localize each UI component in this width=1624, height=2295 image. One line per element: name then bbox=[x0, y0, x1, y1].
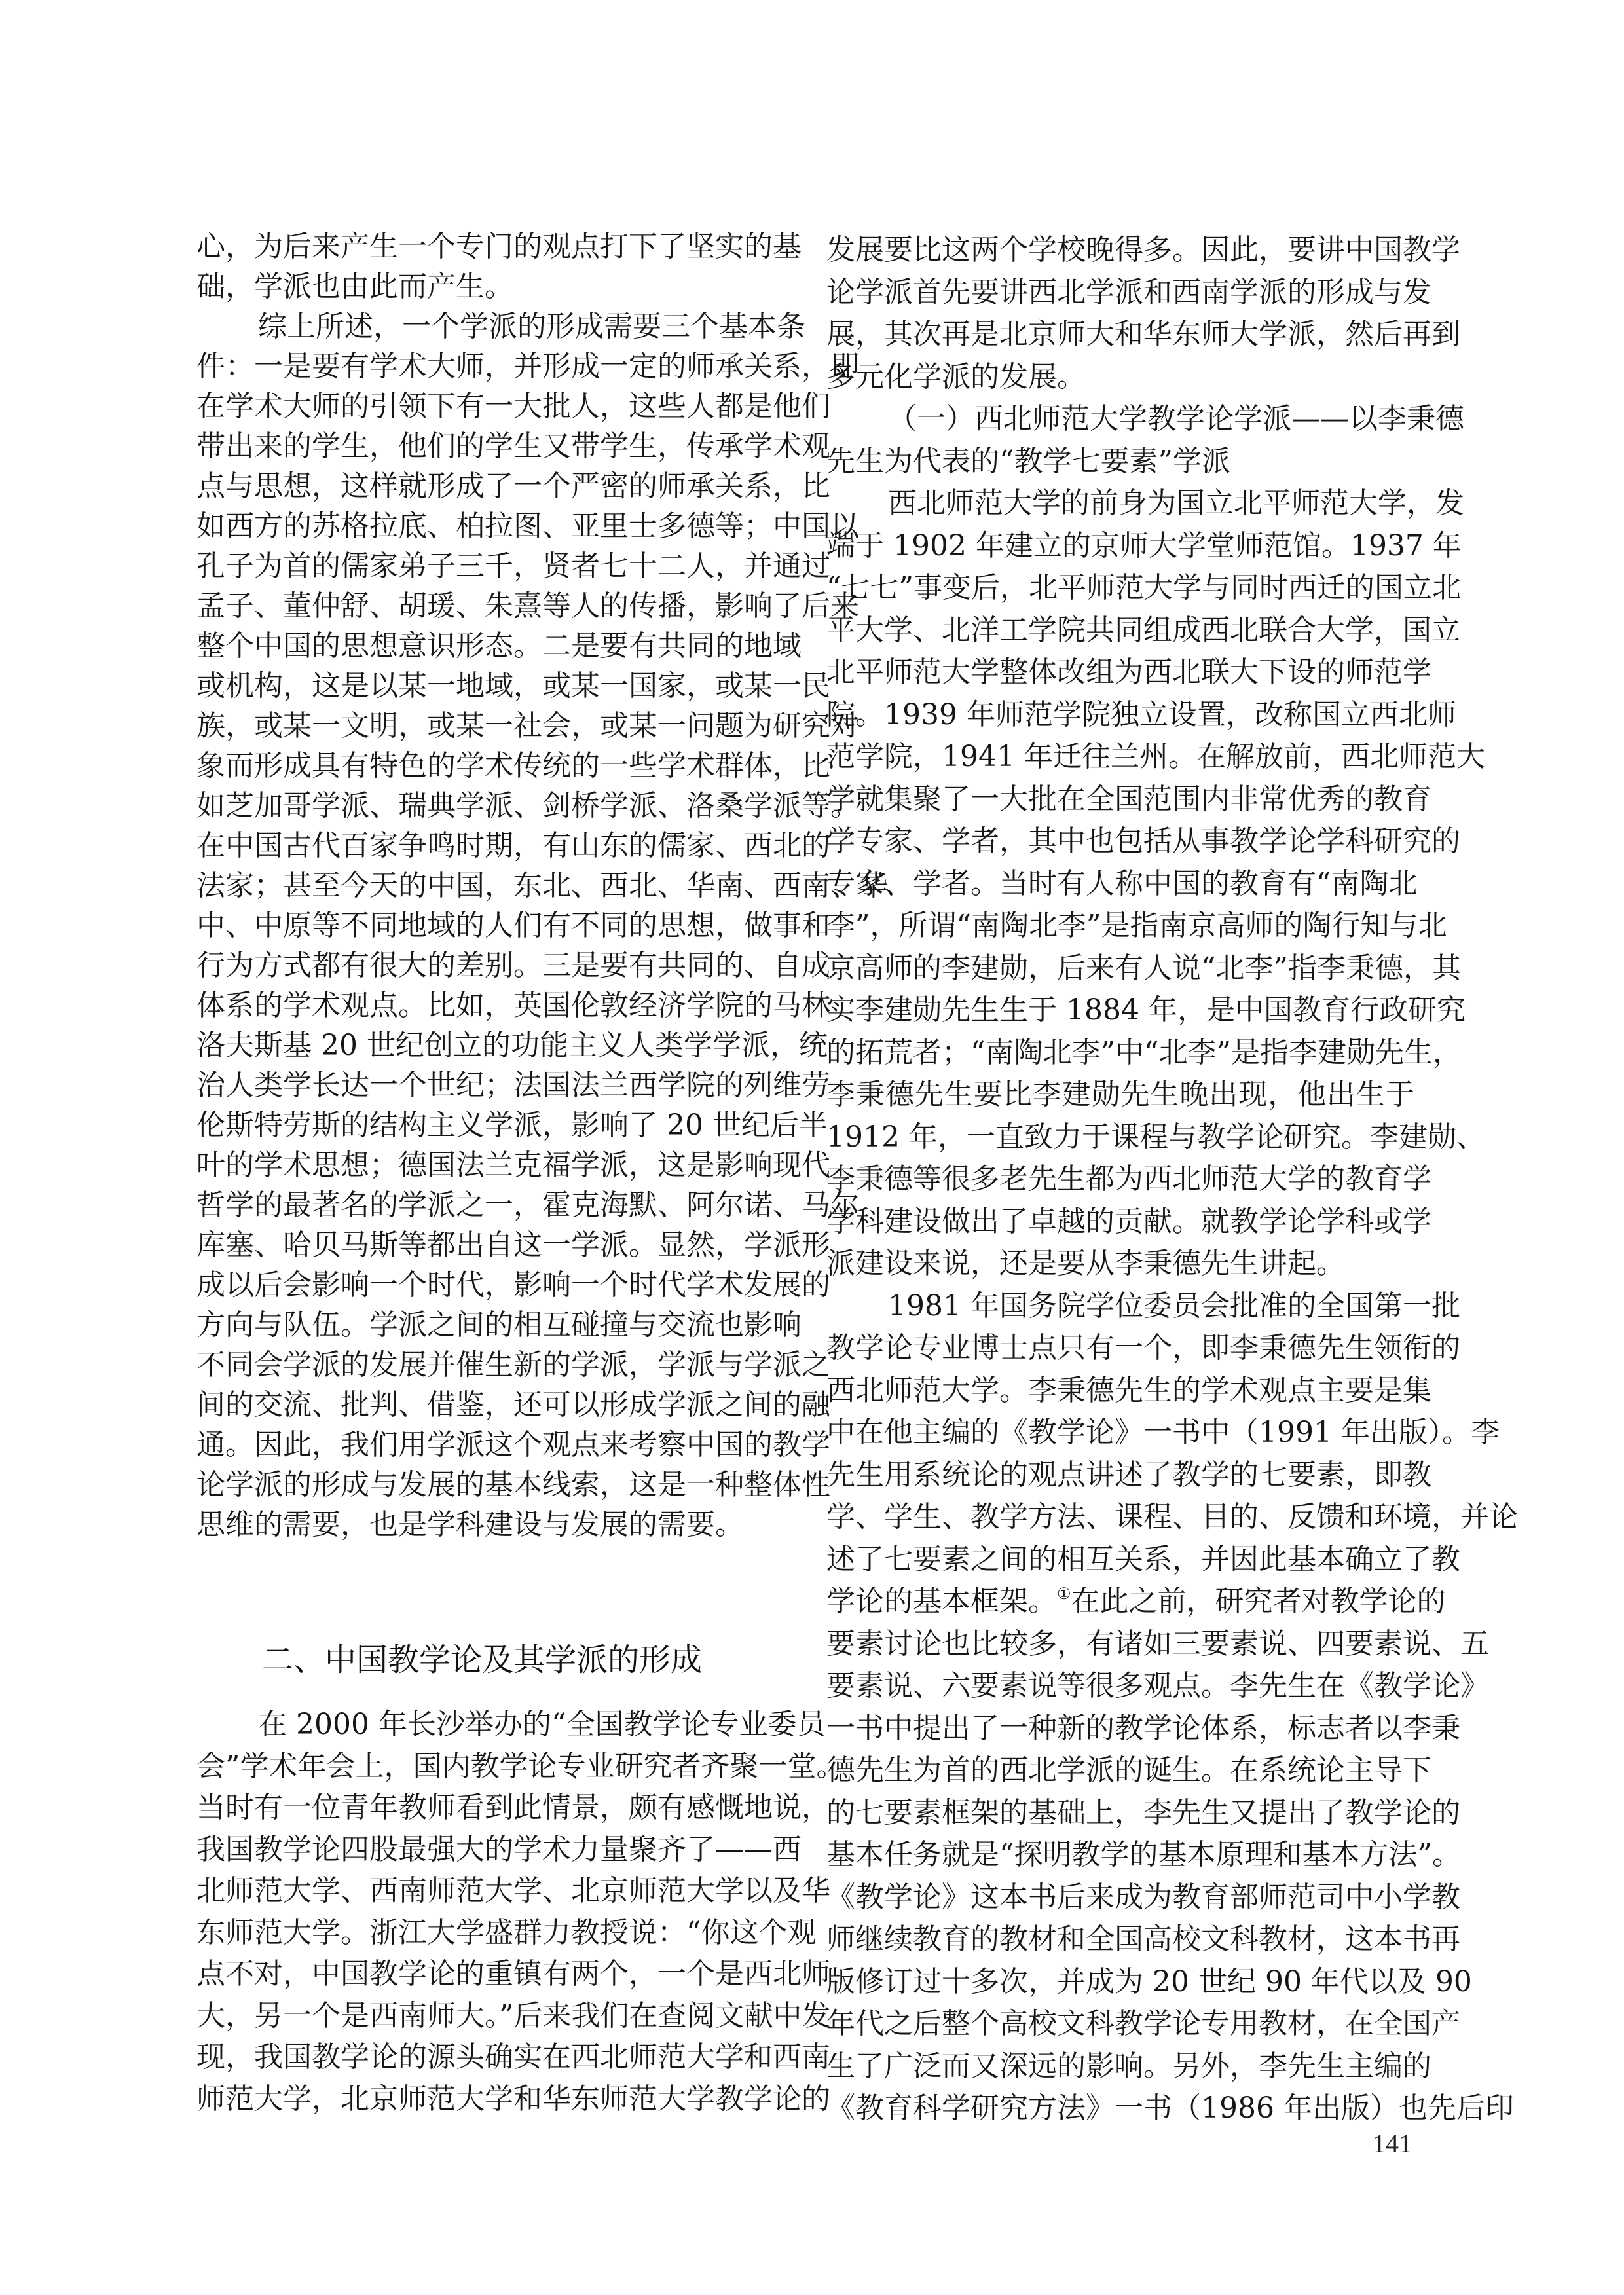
text-line: 件：一是要有学术大师，并形成一定的师承关系，即 bbox=[196, 352, 783, 381]
text-line: 北平师范大学整体改组为西北联大下设的师范学 bbox=[826, 658, 1414, 687]
right-column: 发展要比这两个学校晚得多。因此，要讲中国教学论学派首先要讲西北学派和西南学派的形… bbox=[826, 236, 1414, 2137]
text-line: 东师范大学。浙江大学盛群力教授说：“你这个观 bbox=[196, 1919, 783, 1947]
text-line: 洛夫斯基 20 世纪创立的功能主义人类学学派，统 bbox=[196, 1031, 783, 1060]
text-line: 学专家、学者，其中也包括从事教学论学科研究的 bbox=[826, 827, 1414, 856]
text-line: 基本任务就是“探明教学的基本原理和基本方法”。 bbox=[826, 1841, 1414, 1869]
text-line: 李秉德等很多老先生都为西北师范大学的教育学 bbox=[826, 1165, 1414, 1194]
text-line: 论学派首先要讲西北学派和西南学派的形成与发 bbox=[826, 278, 1414, 307]
text-line: 要素讨论也比较多，有诸如三要素说、四要素说、五 bbox=[826, 1630, 1414, 1659]
text-line: 如西方的苏格拉底、柏拉图、亚里士多德等；中国以 bbox=[196, 512, 783, 541]
text-line: 北师范大学、西南师范大学、北京师范大学以及华 bbox=[196, 1877, 783, 1905]
text-line: 版修订过十多次，并成为 20 世纪 90 年代以及 90 bbox=[826, 1968, 1414, 1996]
right-paragraph-1: 发展要比这两个学校晚得多。因此，要讲中国教学论学派首先要讲西北学派和西南学派的形… bbox=[826, 236, 1414, 392]
text-fragment: 在此之前，研究者对教学论的 bbox=[1071, 1585, 1446, 1618]
text-line: 行为方式都有很大的差别。三是要有共同的、自成 bbox=[196, 951, 783, 980]
text-line: 会”学术年会上，国内教学论专业研究者齐聚一堂。 bbox=[196, 1752, 783, 1781]
text-line: 学就集聚了一大批在全国范围内非常优秀的教育 bbox=[826, 785, 1414, 814]
text-line: 间的交流、批判、借鉴，还可以形成学派之间的融 bbox=[196, 1391, 783, 1420]
text-line: 中、中原等不同地域的人们有不同的思想，做事和 bbox=[196, 911, 783, 940]
text-line: 思维的需要，也是学科建设与发展的需要。 bbox=[196, 1511, 783, 1539]
text-line: 展，其次再是北京师大和华东师大学派，然后再到 bbox=[826, 320, 1414, 349]
section-heading: 二、中国教学论及其学派的形成 bbox=[262, 1643, 702, 1676]
left-column: 心，为后来产生一个专门的观点打下了坚实的基 础，学派也由此而产生。 综上所述，一… bbox=[196, 232, 783, 1551]
text-line: 带出来的学生，他们的学生又带学生，传承学术观 bbox=[196, 432, 783, 461]
text-line: 伦斯特劳斯的结构主义学派，影响了 20 世纪后半 bbox=[196, 1111, 783, 1140]
text-line: 我国教学论四股最强大的学术力量聚齐了——西 bbox=[196, 1835, 783, 1864]
text-line: 或机构，这是以某一地域，或某一国家，或某一民 bbox=[196, 672, 783, 701]
text-line: 学、学生、教学方法、课程、目的、反馈和环境，并论 bbox=[826, 1503, 1414, 1532]
text-line: 点不对，中国教学论的重镇有两个，一个是西北师 bbox=[196, 1960, 783, 1989]
right-paragraph-2: 西北师范大学的前身为国立北平师范大学，发端于 1902 年建立的京师大学堂师范馆… bbox=[826, 489, 1414, 1278]
text-line: 在 2000 年长沙举办的“全国教学论专业委员 bbox=[196, 1710, 783, 1739]
text-line: 础，学派也由此而产生。 bbox=[196, 272, 783, 301]
text-line: 年代之后整个高校文科教学论专用教材，在全国产 bbox=[826, 2010, 1414, 2038]
text-line: 专家、学者。当时有人称中国的教育有“南陶北 bbox=[826, 870, 1414, 898]
text-line: 《教育科学研究方法》一书（1986 年出版）也先后印 bbox=[826, 2094, 1414, 2123]
text-line: 《教学论》这本书后来成为教育部师范司中小学教 bbox=[826, 1883, 1414, 1912]
text-line: 端于 1902 年建立的京师大学堂师范馆。1937 年 bbox=[826, 532, 1414, 560]
text-line: 1981 年国务院学位委员会批准的全国第一批 bbox=[826, 1292, 1414, 1321]
text-line: 先生用系统论的观点讲述了教学的七要素，即教 bbox=[826, 1461, 1414, 1490]
text-line: 孔子为首的儒家弟子三千，贤者七十二人，并通过 bbox=[196, 552, 783, 581]
subsection-heading: （一）西北师范大学教学论学派——以李秉德先生为代表的“教学七要素”学派 bbox=[826, 405, 1414, 476]
text-line: 学科建设做出了卓越的贡献。就教学论学科或学 bbox=[826, 1207, 1414, 1236]
text-line: 成以后会影响一个时代，影响一个时代学术发展的 bbox=[196, 1271, 783, 1300]
text-line: 叶的学术思想；德国法兰克福学派，这是影响现代 bbox=[196, 1151, 783, 1180]
text-line: 哲学的最著名的学派之一，霍克海默、阿尔诺、马尔 bbox=[196, 1191, 783, 1220]
text-line: 教学论专业博士点只有一个，即李秉德先生领衔的 bbox=[826, 1334, 1414, 1363]
left-paragraph-1: 心，为后来产生一个专门的观点打下了坚实的基 础，学派也由此而产生。 bbox=[196, 232, 783, 301]
text-line: 治人类学长达一个世纪；法国法兰西学院的列维劳 bbox=[196, 1071, 783, 1100]
left-paragraph-3: 在 2000 年长沙举办的“全国教学论专业委员会”学术年会上，国内教学论专业研究… bbox=[196, 1710, 783, 2114]
text-line: 学论的基本框架。①在此之前，研究者对教学论的 bbox=[826, 1587, 1414, 1616]
text-line: 师范大学，北京师范大学和华东师范大学教学论的 bbox=[196, 2085, 783, 2114]
text-line: 孟子、董仲舒、胡瑗、朱熹等人的传播，影响了后来 bbox=[196, 592, 783, 621]
text-line: 中在他主编的《教学论》一书中（1991 年出版）。李 bbox=[826, 1418, 1414, 1447]
text-line: 现，我国教学论的源头确实在西北师范大学和西南 bbox=[196, 2043, 783, 2072]
text-line: 李”，所谓“南陶北李”是指南京高师的陶行知与北 bbox=[826, 911, 1414, 940]
text-line: “七七”事变后，北平师范大学与同时西迁的国立北 bbox=[826, 574, 1414, 602]
text-line: 如芝加哥学派、瑞典学派、剑桥学派、洛桑学派等。 bbox=[196, 792, 783, 820]
text-line: 心，为后来产生一个专门的观点打下了坚实的基 bbox=[196, 232, 783, 261]
page-number: 141 bbox=[1373, 2128, 1412, 2159]
right-paragraph-3: 1981 年国务院学位委员会批准的全国第一批教学论专业博士点只有一个，即李秉德先… bbox=[826, 1292, 1414, 2123]
text-line: 大，另一个是西南师大。”后来我们在查阅文献中发 bbox=[196, 2002, 783, 2030]
text-line: 方向与队伍。学派之间的相互碰撞与交流也影响 bbox=[196, 1311, 783, 1340]
text-line: 先生为代表的“教学七要素”学派 bbox=[826, 447, 1414, 476]
text-line: 的拓荒者；“南陶北李”中“北李”是指李建勋先生， bbox=[826, 1038, 1414, 1067]
text-line: 范学院，1941 年迁往兰州。在解放前，西北师范大 bbox=[826, 743, 1414, 771]
text-line: 库塞、哈贝马斯等都出自这一学派。显然，学派形 bbox=[196, 1231, 783, 1260]
text-line: （一）西北师范大学教学论学派——以李秉德 bbox=[826, 405, 1414, 433]
text-line: 京高师的李建勋，后来有人说“北李”指李秉德，其 bbox=[826, 954, 1414, 983]
text-line: 的七要素框架的基础上，李先生又提出了教学论的 bbox=[826, 1799, 1414, 1827]
text-line: 发展要比这两个学校晚得多。因此，要讲中国教学 bbox=[826, 236, 1414, 265]
text-line: 1912 年，一直致力于课程与教学论研究。李建勋、 bbox=[826, 1123, 1414, 1152]
text-line: 族，或某一文明，或某一社会，或某一问题为研究对 bbox=[196, 712, 783, 741]
text-line: 点与思想，这样就形成了一个严密的师承关系，比 bbox=[196, 472, 783, 501]
text-line: 在学术大师的引领下有一大批人，这些人都是他们 bbox=[196, 392, 783, 421]
text-line: 法家；甚至今天的中国，东北、西北、华南、西南、华 bbox=[196, 872, 783, 900]
text-line: 述了七要素之间的相互关系，并因此基本确立了教 bbox=[826, 1545, 1414, 1574]
text-line: 要素说、六要素说等很多观点。李先生在《教学论》 bbox=[826, 1672, 1414, 1700]
text-line: 论学派的形成与发展的基本线索，这是一种整体性 bbox=[196, 1471, 783, 1499]
text-line: 德先生为首的西北学派的诞生。在系统论主导下 bbox=[826, 1756, 1414, 1785]
text-line: 西北师范大学。李秉德先生的学术观点主要是集 bbox=[826, 1376, 1414, 1405]
text-line: 不同会学派的发展并催生新的学派，学派与学派之 bbox=[196, 1351, 783, 1380]
text-line: 实李建勋先生生于 1884 年，是中国教育行政研究 bbox=[826, 996, 1414, 1025]
text-line: 师继续教育的教材和全国高校文科教材，这本书再 bbox=[826, 1925, 1414, 1954]
footnote-marker[interactable]: ① bbox=[1057, 1585, 1071, 1603]
text-line: 整个中国的思想意识形态。二是要有共同的地域 bbox=[196, 632, 783, 661]
text-line: 当时有一位青年教师看到此情景，颇有感慨地说， bbox=[196, 1793, 783, 1822]
text-line: 通。因此，我们用学派这个观点来考察中国的教学 bbox=[196, 1431, 783, 1460]
left-paragraph-2: 综上所述，一个学派的形成需要三个基本条件：一是要有学术大师，并形成一定的师承关系… bbox=[196, 312, 783, 1539]
text-line: 派建设来说，还是要从李秉德先生讲起。 bbox=[826, 1249, 1414, 1278]
text-line: 体系的学术观点。比如，英国伦敦经济学院的马林 bbox=[196, 991, 783, 1020]
text-line: 多元化学派的发展。 bbox=[826, 363, 1414, 392]
text-line: 在中国古代百家争鸣时期，有山东的儒家、西北的 bbox=[196, 832, 783, 860]
text-line: 平大学、北洋工学院共同组成西北联合大学，国立 bbox=[826, 616, 1414, 645]
text-line: 生了广泛而又深远的影响。另外，李先生主编的 bbox=[826, 2052, 1414, 2081]
text-line: 一书中提出了一种新的教学论体系，标志者以李秉 bbox=[826, 1714, 1414, 1743]
text-line: 综上所述，一个学派的形成需要三个基本条 bbox=[196, 312, 783, 341]
text-line: 院。1939 年师范学院独立设置，改称国立西北师 bbox=[826, 701, 1414, 729]
text-line: 李秉德先生要比李建勋先生晚出现，他出生于 bbox=[826, 1080, 1414, 1109]
left-column-lower: 在 2000 年长沙举办的“全国教学论专业委员会”学术年会上，国内教学论专业研究… bbox=[196, 1710, 783, 2126]
text-line: 西北师范大学的前身为国立北平师范大学，发 bbox=[826, 489, 1414, 518]
text-line: 象而形成具有特色的学术传统的一些学术群体，比 bbox=[196, 752, 783, 780]
